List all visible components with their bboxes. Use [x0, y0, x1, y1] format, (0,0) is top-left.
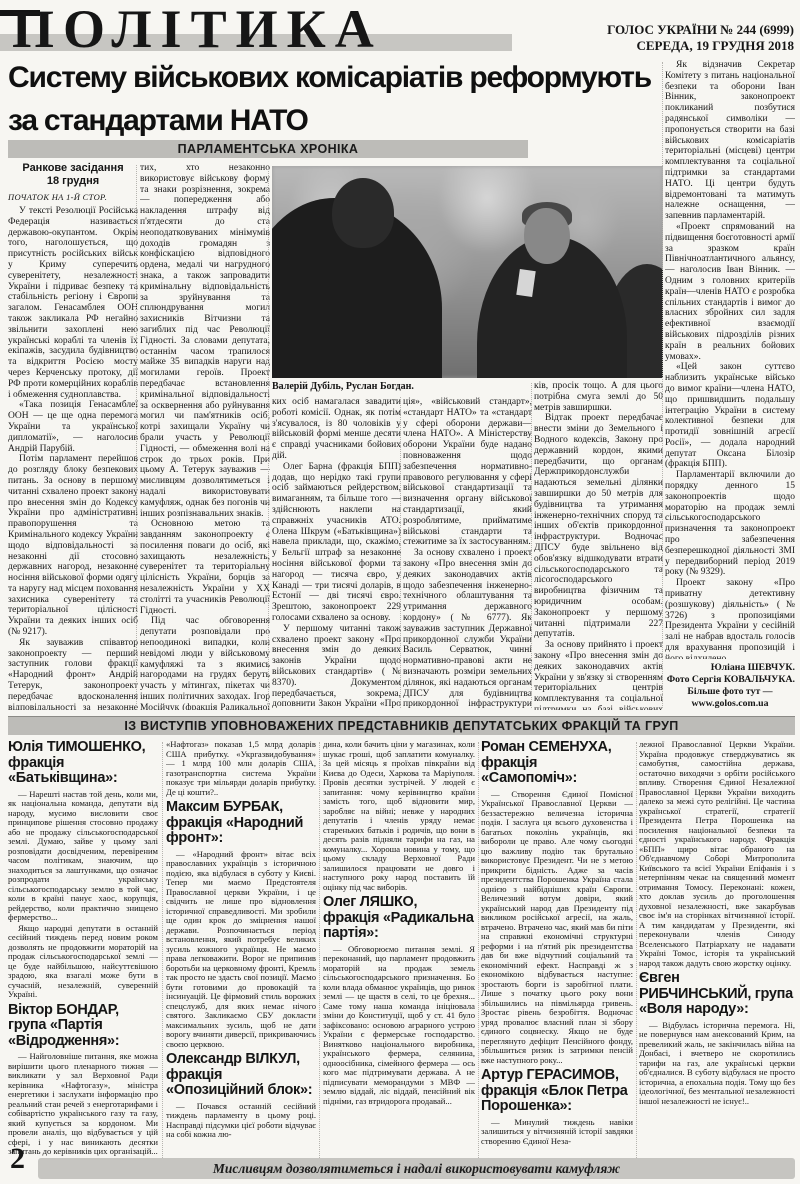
speeches-column-2: «Нафтогаз» показав 1,5 млрд доларів США …	[166, 740, 316, 1160]
column-rule	[268, 165, 269, 708]
article-paragraph: Потім парламент перейшов до розгляду бло…	[8, 454, 138, 638]
article-paragraph: Проект закону «Про приватну детективну (…	[665, 578, 795, 659]
speech-paragraph: — Обговорюємо питання землі. Я переконан…	[323, 945, 475, 1107]
article-photo	[272, 166, 663, 378]
article-paragraph: тих, хто незаконно використовує військов…	[140, 163, 270, 519]
issue-number: ГОЛОС УКРАЇНИ № 244 (6999)	[607, 22, 794, 38]
newspaper-page: ПОЛІТИКА ГОЛОС УКРАЇНИ № 244 (6999) СЕРЕ…	[0, 0, 800, 1184]
article-paragraph: Основною метою та завданням законопроект…	[140, 519, 270, 616]
section-title: ПОЛІТИКА	[12, 0, 383, 58]
photo-caption: Валерій Дубіль, Руслан Богдан.	[272, 381, 530, 392]
column-rule	[162, 742, 163, 1158]
speech-paragraph: — Минулий тиждень навіки залишиться у ві…	[481, 1118, 633, 1147]
session-title: Ранкове засідання 18 грудня	[8, 162, 138, 187]
article-paragraph: У першому читанні також схвалено проект …	[272, 624, 401, 710]
photo-right-figure-head	[524, 208, 570, 264]
article-paragraph: Олег Барна (фракція БПП) додав, що нерід…	[272, 462, 401, 624]
article-paragraph: «Така позиція Генасамблеї ООН — це ще од…	[8, 400, 138, 454]
speeches-column-1: Юлія ТИМОШЕНКО, фракція «Батьківщина»: —…	[8, 740, 158, 1160]
column-rule	[319, 742, 320, 1158]
speech-paragraph: — Створення Єдиної Помісної Української …	[481, 790, 633, 1066]
column-rule	[136, 165, 137, 708]
photo-credit: Фото Сергія КОВАЛЬЧУКА.	[665, 674, 795, 686]
issue-info: ГОЛОС УКРАЇНИ № 244 (6999) СЕРЕДА, 19 ГР…	[607, 22, 794, 54]
chronicle-column-6-body: Як відзначив Секретар Комітету з питань …	[665, 60, 795, 659]
speech-paragraph: лежної Православної Церкви України. Укра…	[639, 740, 795, 968]
article-paragraph: ків, просік тощо. А для цього потрібна с…	[534, 381, 663, 413]
speaker-heading: Юлія ТИМОШЕНКО, фракція «Батьківщина»:	[8, 740, 158, 787]
speaker-heading: Віктор БОНДАР, група «Партія «Відродженн…	[8, 1003, 158, 1050]
article-paragraph: У тексті Резолюції Російська Федерація н…	[8, 206, 138, 400]
speech-paragraph: дина, коли бачить ціни у магазинах, коли…	[323, 740, 475, 892]
column-rule	[531, 383, 532, 708]
chronicle-column-4: ція», «військовий стандарт», «стандарт Н…	[403, 397, 532, 710]
chronicle-section-bar: ПАРЛАМЕНТСЬКА ХРОНІКА	[8, 140, 528, 158]
chronicle-column-3: ких осіб намагалася завадити роботі комі…	[272, 397, 401, 710]
speech-paragraph: — Нарешті настав той день, коли ми, як н…	[8, 790, 158, 923]
article-paragraph: За основу схвалено і проект закону «Про …	[403, 548, 532, 710]
speech-paragraph: — Найголовніше питання, яке можна виріши…	[8, 1052, 158, 1157]
continued-from-note: ПОЧАТОК НА 1-Й СТОР.	[8, 192, 138, 202]
column-rule	[400, 397, 401, 708]
speeches-section-bar: ІЗ ВИСТУПІВ УПОВНОВАЖЕНИХ ПРЕДСТАВНИКІВ …	[8, 716, 795, 735]
speeches-column-4: Роман СЕМЕНУХА, фракція «Самопоміч»: — С…	[481, 740, 633, 1160]
issue-date: СЕРЕДА, 19 ГРУДНЯ 2018	[607, 38, 794, 54]
chronicle-column-5: ків, просік тощо. А для цього потрібна с…	[534, 381, 663, 710]
column-rule	[636, 742, 637, 1158]
footer-ticker: Мисливцям дозволятиметься і надалі викор…	[38, 1158, 795, 1179]
speech-paragraph: «Нафтогаз» показав 1,5 млрд доларів США …	[166, 740, 316, 797]
article-paragraph: «Цей закон суттєво наблизить українське …	[665, 362, 795, 470]
column-rule	[478, 742, 479, 1158]
main-headline: Систему військових комісаріатів реформую…	[8, 56, 660, 142]
speaker-heading: Євген РИБЧИНСЬКИЙ, група «Воля народу»:	[639, 971, 795, 1018]
article-paragraph: ція», «військовий стандарт», «стандарт Н…	[403, 397, 532, 548]
more-photos-label: Більше фото тут —	[665, 686, 795, 698]
speaker-heading: Роман СЕМЕНУХА, фракція «Самопоміч»:	[481, 740, 633, 787]
speech-paragraph: Якщо народні депутати в останній сесійни…	[8, 924, 158, 1000]
article-paragraph: ких осіб намагалася завадити роботі комі…	[272, 397, 401, 462]
speaker-heading: Олег ЛЯШКО, фракція «Радикальна партія»:	[323, 895, 475, 942]
article-paragraph: Під час обговорення депутати розповідали…	[140, 616, 270, 710]
author-byline: Юліана ШЕВЧУК.	[665, 662, 795, 674]
chronicle-column-2: тих, хто незаконно використовує військов…	[140, 163, 270, 710]
byline-block: Юліана ШЕВЧУК. Фото Сергія КОВАЛЬЧУКА. Б…	[665, 659, 795, 710]
speaker-heading: Олександр ВІЛКУЛ, фракція «Опозиційний б…	[166, 1052, 316, 1099]
photo-left-figure-head	[332, 178, 394, 248]
speech-paragraph: — Відбулась історична перемога. Ні, не п…	[639, 1021, 795, 1107]
chronicle-column-6: Як відзначив Секретар Комітету з питань …	[665, 60, 795, 710]
website-url: www.golos.com.ua	[665, 698, 795, 710]
article-paragraph: Як відзначив Секретар Комітету з питань …	[665, 60, 795, 222]
article-paragraph: Як зауважив співавтор законопроекту — пе…	[8, 638, 138, 710]
speeches-column-5: лежної Православної Церкви України. Укра…	[639, 740, 795, 1160]
speaker-heading: Максим БУРБАК, фракція «Народний фронт»:	[166, 800, 316, 847]
speaker-heading: Артур ГЕРАСИМОВ, фракція «Блок Петра Пор…	[481, 1068, 633, 1115]
chronicle-column-1: У тексті Резолюції Російська Федерація н…	[8, 206, 138, 710]
article-paragraph: За основу прийнято і проект закону «Про …	[534, 640, 663, 710]
article-paragraph: «Проект спрямований на підвищення боєгот…	[665, 222, 795, 362]
page-number: 2	[10, 1142, 25, 1176]
speech-paragraph: — Почався останній сесійний тиждень парл…	[166, 1102, 316, 1140]
speech-paragraph: — «Народний фронт» вітає всіх православн…	[166, 850, 316, 1050]
column-rule	[662, 62, 663, 708]
article-paragraph: Парламентарії включили до порядку денног…	[665, 470, 795, 578]
speeches-column-3: дина, коли бачить ціни у магазинах, коли…	[323, 740, 475, 1160]
article-paragraph: Відтак проект передбачає внести зміни до…	[534, 413, 663, 640]
